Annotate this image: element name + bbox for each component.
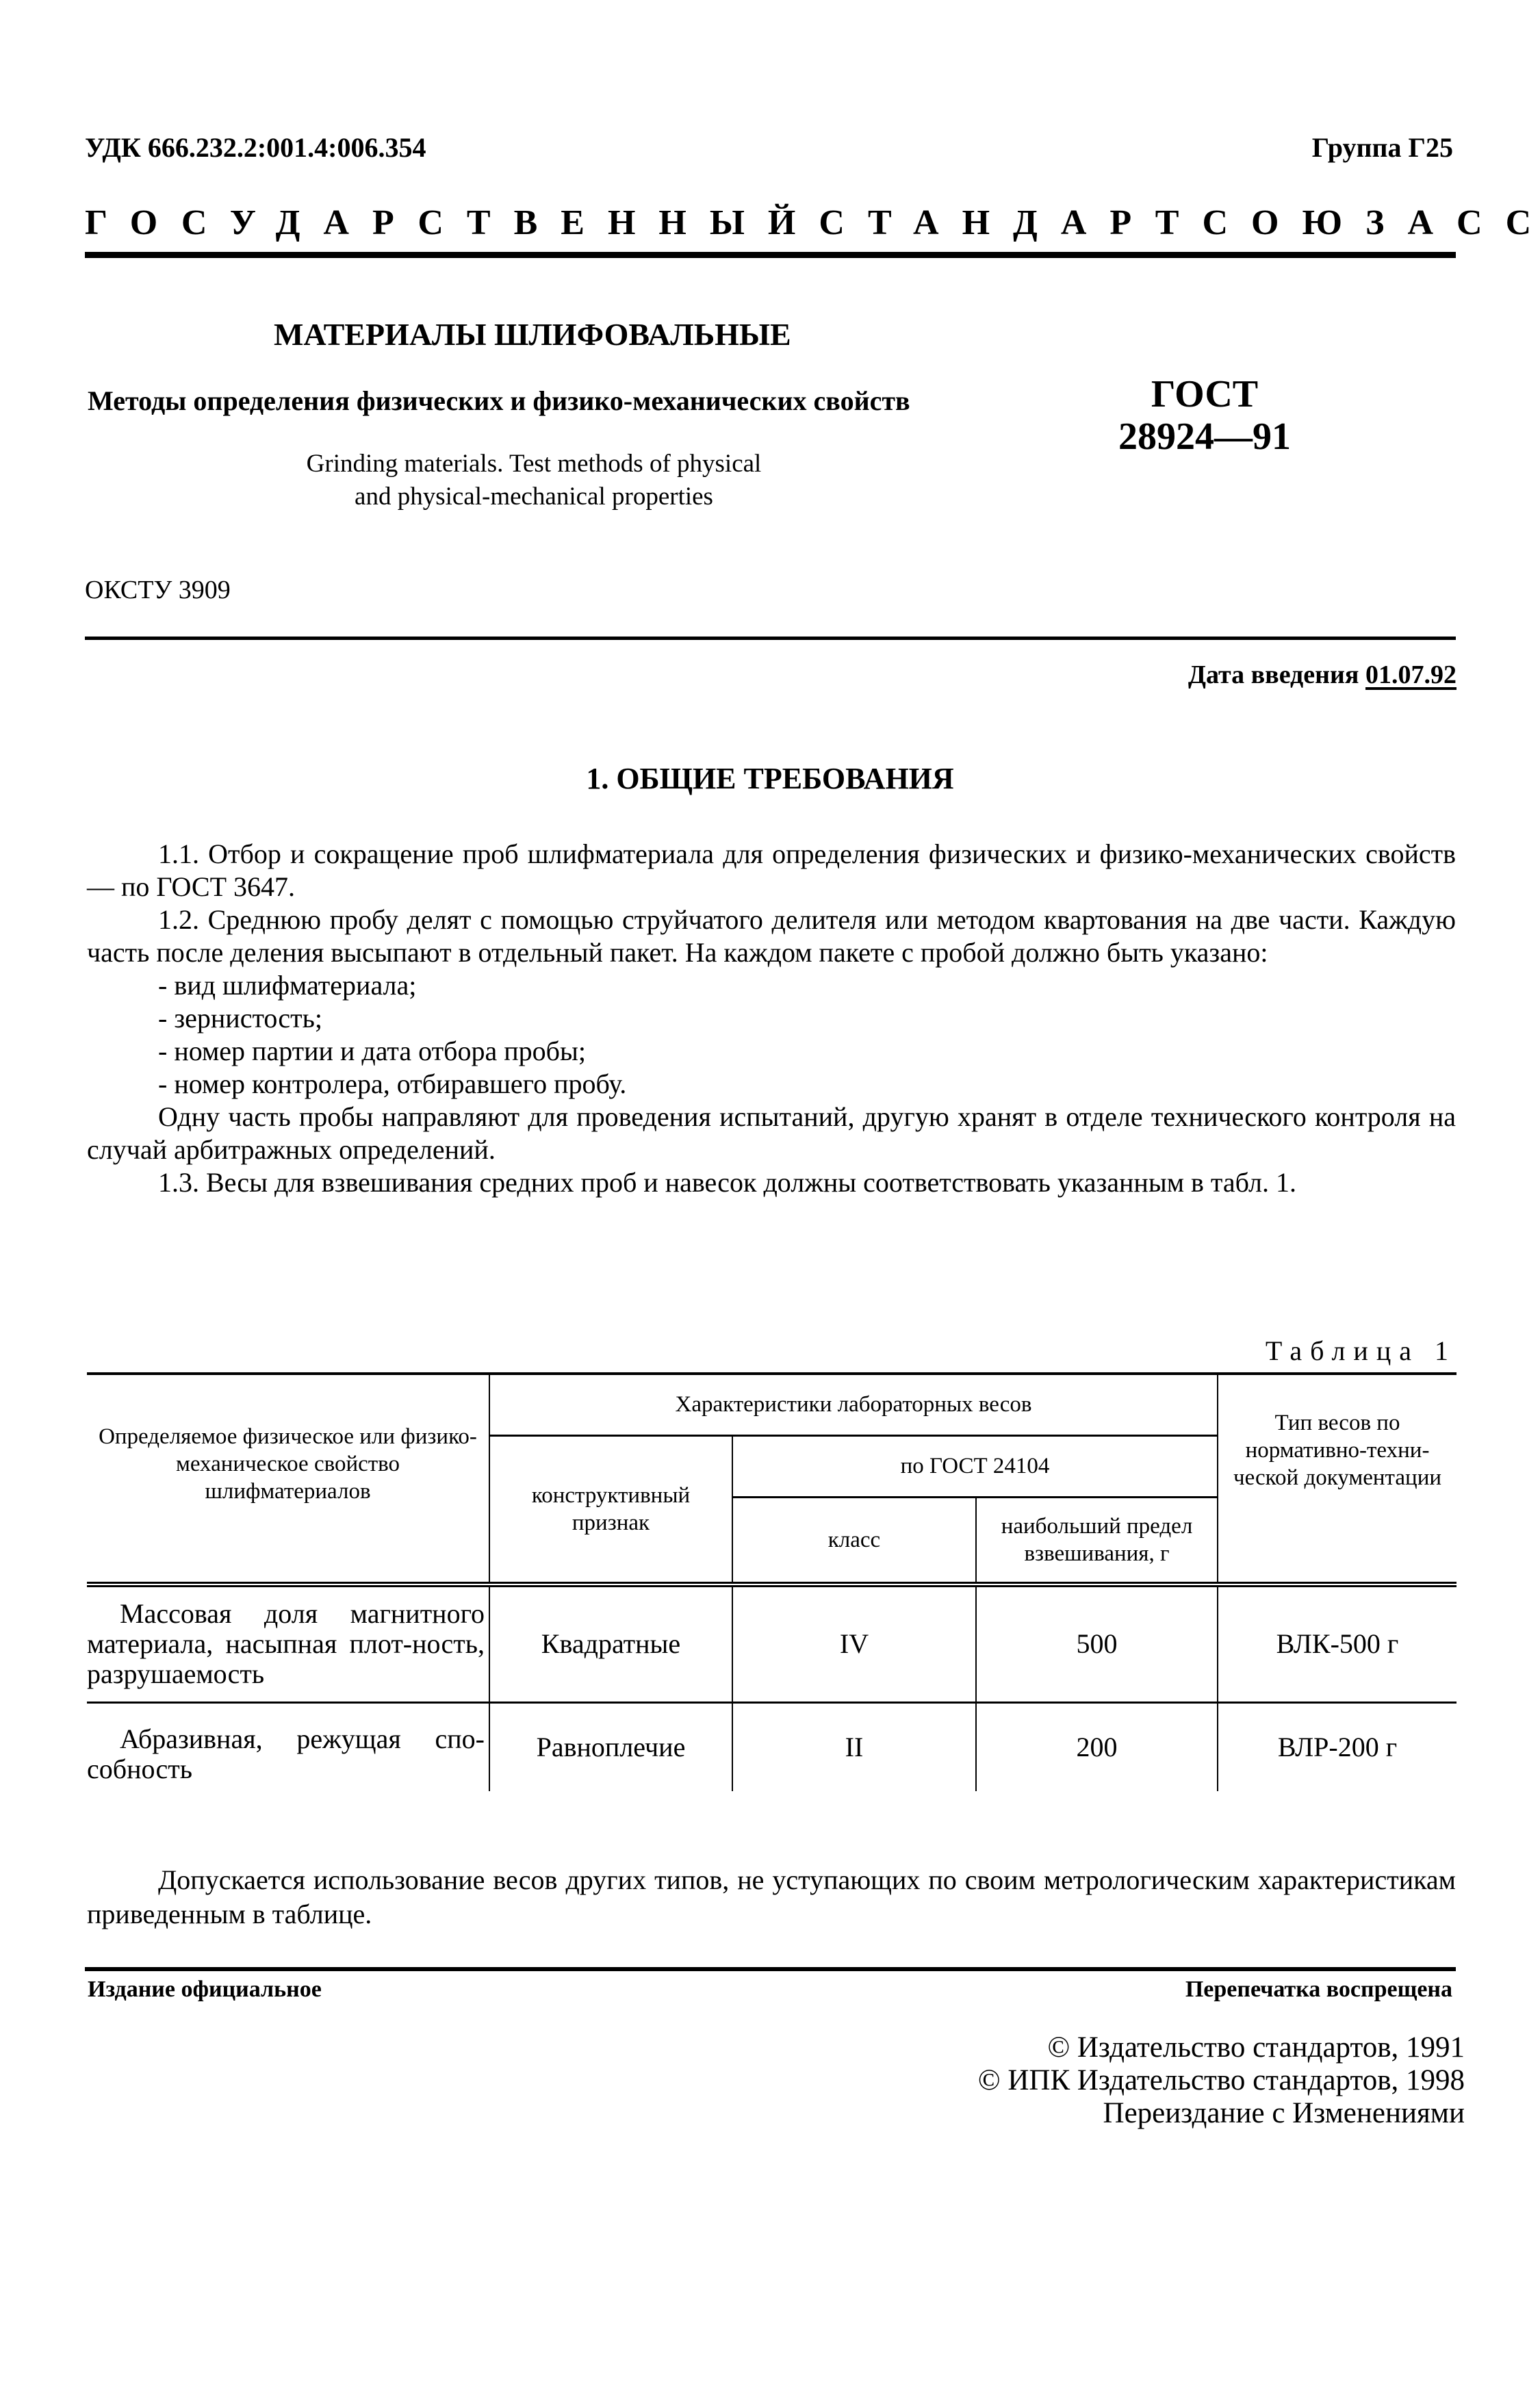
introduction-date-value: 01.07.92 [1365, 660, 1456, 689]
cell-property: Массовая доля магнитного материала, насы… [87, 1584, 489, 1702]
paragraph-1-3: 1.3. Весы для взвешивания средних проб и… [87, 1166, 1456, 1199]
section-heading: 1. ОБЩИЕ ТРЕБОВАНИЯ [0, 761, 1540, 796]
state-word-4: ССР [1456, 203, 1540, 243]
paragraph-storage: Одну часть пробы направляют для проведен… [87, 1101, 1456, 1166]
udk-code: УДК 666.232.2:001.4:006.354 [85, 131, 426, 164]
note-text: Допускается использование весов других т… [87, 1863, 1456, 1931]
paragraph-1-1: 1.1. Отбор и сокращение проб шлифматериа… [87, 838, 1456, 903]
state-word-2: СТАНДАРТ [819, 203, 1202, 243]
gost-number: 28924—91 [1068, 415, 1342, 458]
paragraph-1-2: 1.2. Среднюю пробу делят с помощью струй… [87, 903, 1456, 969]
english-title-line-1: Grinding materials. Test methods of phys… [260, 448, 808, 480]
table-note: Допускается использование весов других т… [87, 1863, 1456, 1931]
section-body: 1.1. Отбор и сокращение проб шлифматериа… [87, 838, 1456, 1199]
state-standard-heading: ГОСУДАРСТВЕННЫЙ СТАНДАРТ СОЮЗА ССР [85, 203, 1453, 243]
english-title-line-2: and physical-mechanical properties [260, 480, 808, 513]
copyright-block: © Издательство стандартов, 1991 © ИПК Из… [978, 2031, 1465, 2130]
cell-ntd-type: ВЛК-500 г [1218, 1584, 1456, 1702]
document-subtitle: Методы определения физических и физико-м… [88, 385, 910, 417]
reissue-note: Переиздание с Изменениями [978, 2097, 1465, 2130]
header-max-limit: наибольший предел взвешивания, г [976, 1497, 1218, 1584]
cell-max-limit: 200 [976, 1702, 1218, 1791]
table-row: Массовая доля магнитного материала, насы… [87, 1584, 1456, 1702]
group-code: Группа Г25 [1312, 131, 1453, 164]
reprint-forbidden: Перепечатка воспрещена [1185, 1977, 1452, 2003]
header-per-gost: по ГОСТ 24104 [732, 1435, 1218, 1497]
copyright-1998: © ИПК Издательство стандартов, 1998 [978, 2064, 1465, 2097]
cell-class: II [732, 1702, 976, 1791]
official-edition: Издание официальное [88, 1977, 322, 2003]
english-title: Grinding materials. Test methods of phys… [260, 448, 808, 513]
document-title: МАТЕРИАЛЫ ШЛИФОВАЛЬНЫЕ [274, 316, 791, 352]
cell-design-feature: Квадратные [489, 1584, 732, 1702]
title-rule [85, 637, 1456, 640]
header-class: класс [732, 1497, 976, 1584]
cell-max-limit: 500 [976, 1584, 1218, 1702]
header-rule [85, 252, 1456, 258]
state-word-1: ГОСУДАРСТВЕННЫЙ [85, 203, 819, 243]
table-caption: Таблица 1 [1266, 1335, 1456, 1367]
cell-class: IV [732, 1584, 976, 1702]
table-row: Абразивная, режущая спо-собность Равнопл… [87, 1702, 1456, 1791]
cell-property: Абразивная, режущая спо-собность [87, 1702, 489, 1791]
cell-design-feature: Равноплечие [489, 1702, 732, 1791]
list-item: - зернистость; [87, 1002, 1456, 1035]
list-item: - номер партии и дата отбора пробы; [87, 1035, 1456, 1068]
header-lab-scales: Характеристики лабораторных весов [489, 1374, 1218, 1435]
copyright-1991: © Издательство стандартов, 1991 [978, 2031, 1465, 2064]
scales-table: Определяемое физическое или физико-механ… [87, 1372, 1456, 1791]
list-item: - вид шлифматериала; [87, 969, 1456, 1002]
footer-rule [85, 1967, 1456, 1971]
header-ntd-type: Тип весов по нормативно-техни-ческой док… [1218, 1374, 1456, 1584]
header-property: Определяемое физическое или физико-механ… [87, 1374, 489, 1584]
cell-ntd-type: ВЛР-200 г [1218, 1702, 1456, 1791]
gost-label: ГОСТ [1068, 373, 1342, 415]
gost-designation: ГОСТ 28924—91 [1068, 373, 1342, 458]
introduction-date: Дата введения 01.07.92 [1188, 660, 1456, 690]
list-item: - номер контролера, отбиравшего пробу. [87, 1068, 1456, 1101]
introduction-date-label: Дата введения [1188, 660, 1359, 689]
okstu-code: ОКСТУ 3909 [85, 575, 231, 605]
state-word-3: СОЮЗА [1202, 203, 1456, 243]
header-design-feature: конструктивный признак [489, 1435, 732, 1584]
